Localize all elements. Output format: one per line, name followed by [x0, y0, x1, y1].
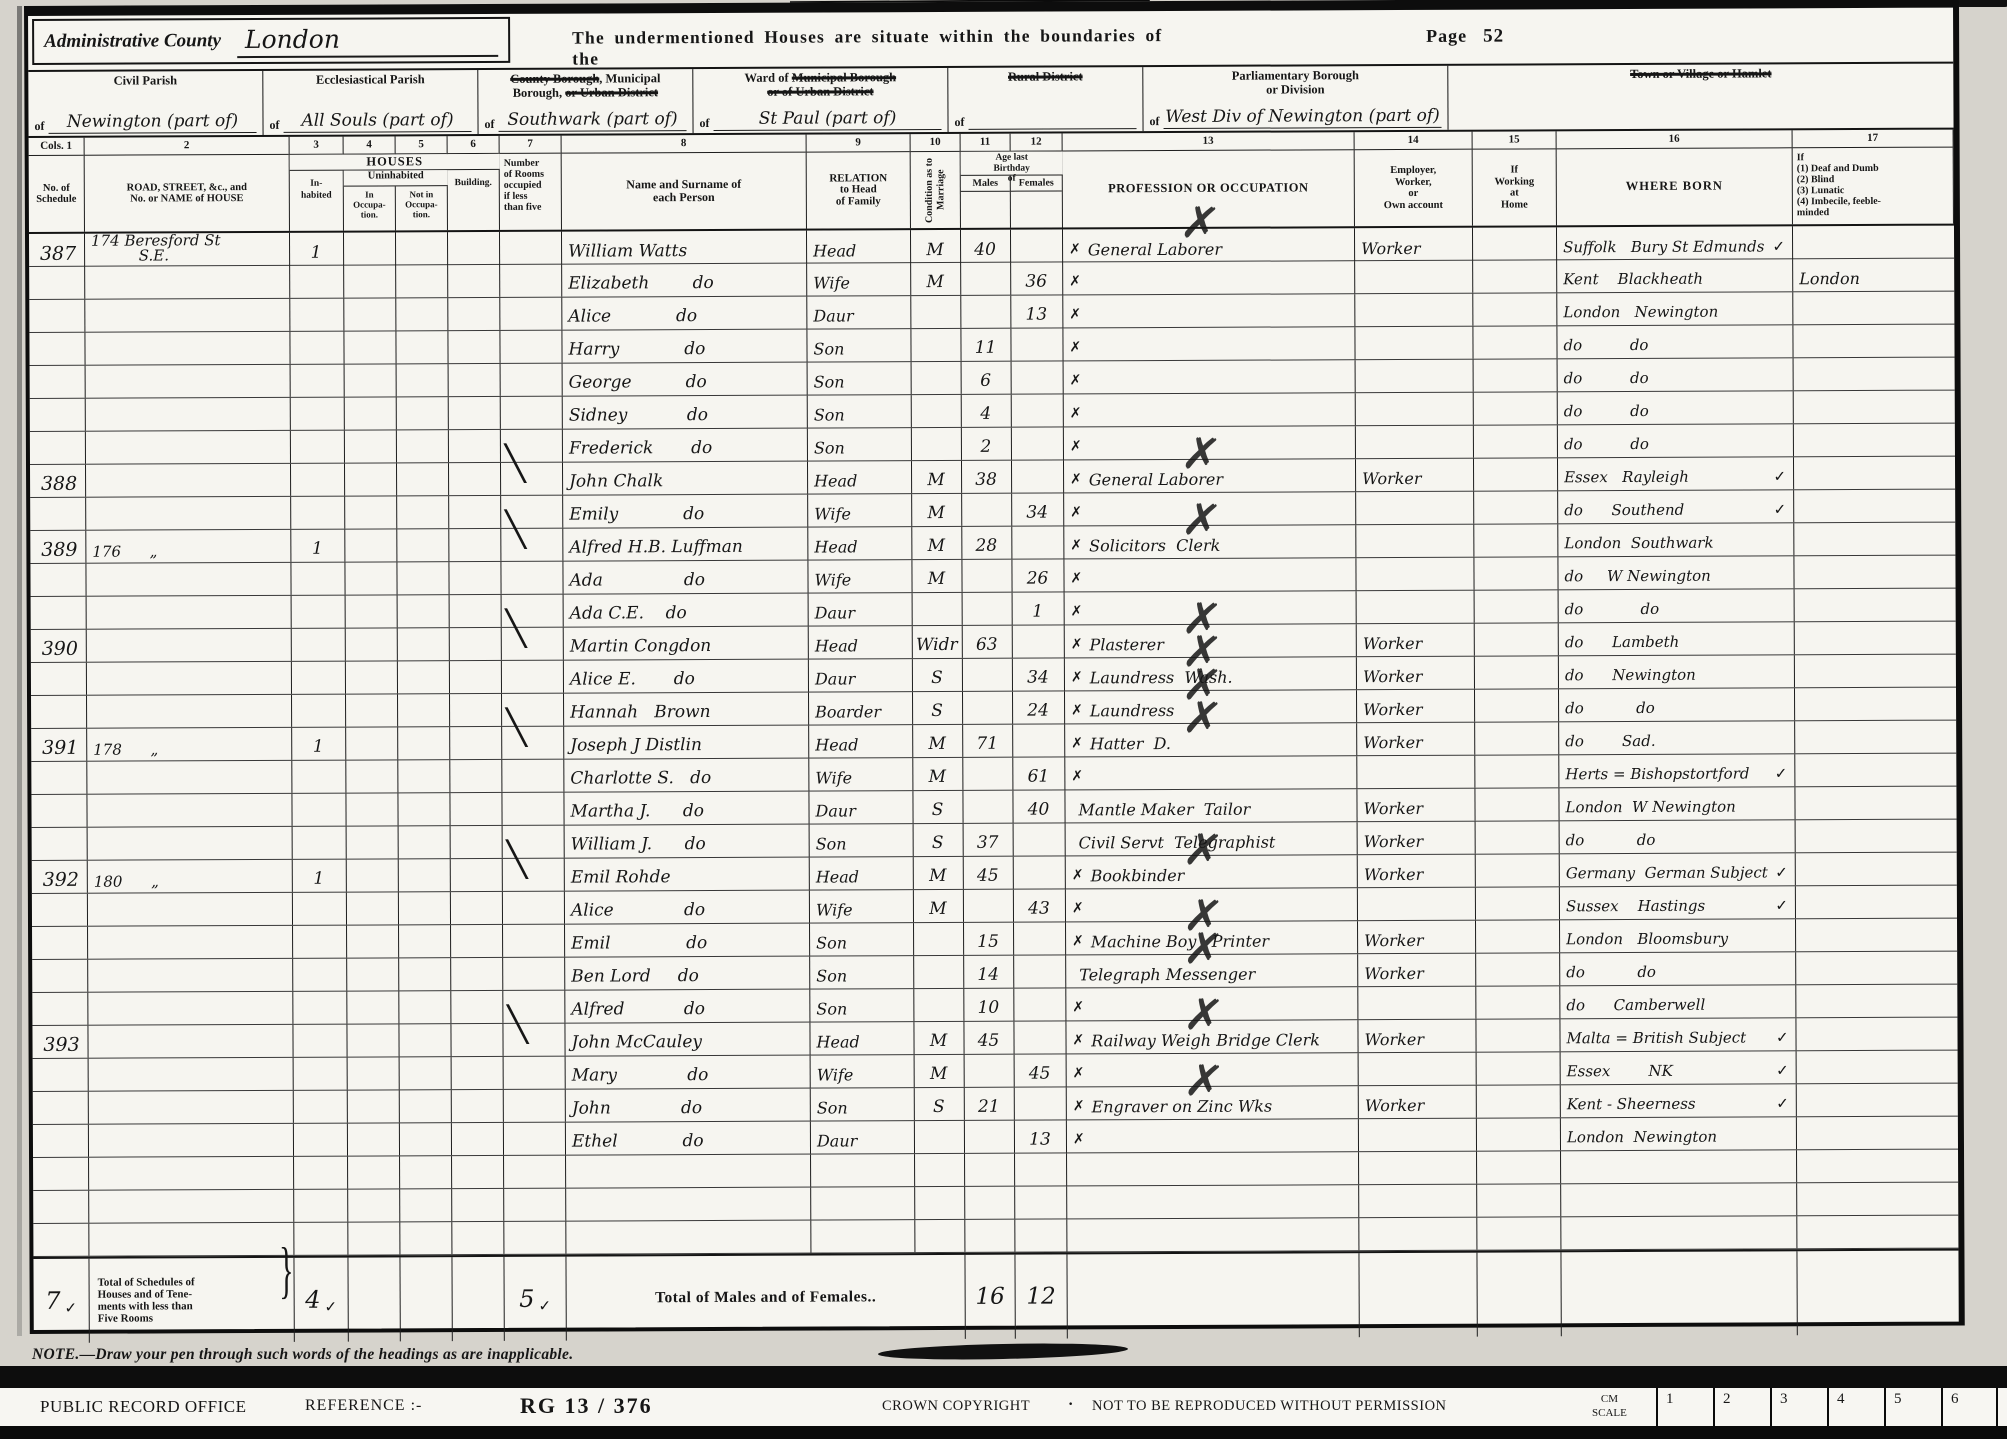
cell-uninhabited-in-occupation [345, 463, 397, 495]
cell-rooms [502, 760, 564, 792]
cell-infirmity [1796, 919, 1957, 952]
cell-where-born: Germany German Subject✓ [1560, 853, 1796, 886]
cell-uninhabited-not-occupation [397, 397, 449, 429]
cell-where-born: Essex Rayleigh✓ [1558, 457, 1794, 490]
cell-age-males: 21 [965, 1088, 1015, 1120]
cell-name: Ada C.E. do [564, 594, 809, 627]
cell-relation: Wife [807, 263, 911, 295]
pen-tick-mark: ✗ [1069, 240, 1081, 259]
cell-age-males: 40 [961, 230, 1011, 263]
cell-schedule-number [32, 828, 88, 860]
cell-name: Ada do [563, 561, 808, 594]
cell-inhabited [291, 497, 345, 529]
pen-check-mark: ✓ [1772, 237, 1789, 256]
cell-age-females: 13 [1015, 1120, 1067, 1152]
cell-working-at-home [1477, 1151, 1561, 1183]
cell-inhabited [292, 596, 346, 628]
pen-tick-mark: ✗ [1070, 536, 1082, 555]
parish-value [969, 127, 1137, 130]
cell-schedule-number [33, 1158, 89, 1190]
parish-value: Newington (part of) [48, 111, 256, 134]
cell-where-born: do Lambeth [1559, 622, 1795, 655]
cell-working-at-home [1475, 788, 1559, 820]
cell-age-males: 45 [964, 1022, 1014, 1054]
cell-schedule-number [32, 894, 88, 926]
cell-working-at-home [1473, 293, 1557, 325]
cell-infirmity [1793, 325, 1954, 358]
cell-age-females [1015, 1219, 1067, 1251]
cell-inhabited [291, 464, 345, 496]
cell-age-females [1014, 922, 1066, 954]
cell-infirmity [1796, 1018, 1957, 1051]
reference-label: REFERENCE :- [305, 1397, 422, 1415]
cell-inhabited [293, 893, 347, 925]
cell-age-females [1012, 361, 1064, 393]
cell-infirmity [1796, 886, 1957, 919]
cell-age-females [1011, 229, 1063, 262]
cell-rooms [502, 793, 564, 825]
cell-condition: M [914, 890, 964, 922]
cell-inhabited: 1 [291, 530, 345, 562]
cell-age-females [1014, 856, 1066, 888]
cell-inhabited [290, 332, 344, 364]
cell-condition: S [913, 659, 963, 691]
cell-inhabited [294, 1058, 348, 1090]
cell-uninhabited-not-occupation [398, 661, 450, 693]
cell-uninhabited-in-occupation [345, 430, 397, 462]
cell-infirmity [1794, 391, 1955, 424]
cell-relation: Son [807, 329, 911, 361]
cell-uninhabited-in-occupation [347, 925, 399, 957]
cell-uninhabited-in-occupation [344, 265, 396, 297]
cell-address: 178 „ [87, 728, 292, 761]
cell-where-born: do Southend✓ [1558, 490, 1794, 523]
total-empty-cell [1561, 1251, 1797, 1336]
header-label-segment: Ward of [745, 71, 792, 85]
cell-age-females [1012, 460, 1064, 492]
cell-working-at-home [1475, 689, 1559, 721]
cell-address [88, 893, 293, 926]
cell-uninhabited-not-occupation [400, 1123, 452, 1155]
cell-employer [1359, 1053, 1477, 1086]
cell-age-males [965, 1154, 1015, 1186]
situate-line: The undermentioned Houses are situate wi… [572, 25, 1192, 70]
pen-tick-mark: ✗ [1070, 371, 1082, 390]
cell-inhabited [293, 926, 347, 958]
pen-cross-mark: ✗ [1183, 937, 1224, 961]
cell-schedule-number [31, 597, 87, 629]
cell-occupation: ✗ [1063, 294, 1355, 327]
cell-occupation: ✗Solicitors Clerk✗ [1064, 525, 1356, 558]
cell-condition [912, 428, 962, 460]
cell-building [448, 265, 500, 297]
cell-where-born: do do [1557, 325, 1793, 358]
cell-name [566, 1155, 811, 1188]
cell-name: Emily do [563, 495, 808, 528]
cell-building [450, 694, 502, 726]
cell-age-males: 37 [964, 824, 1014, 856]
cell-rooms [500, 331, 562, 363]
cell-uninhabited-in-occupation [345, 364, 397, 396]
cell-address [88, 926, 293, 959]
houses-group-header: HOUSES [290, 154, 500, 171]
cell-condition: M [912, 494, 962, 526]
pen-tick-mark: ✗ [1070, 404, 1082, 423]
cell-employer [1355, 261, 1473, 294]
cell-schedule-number [30, 399, 86, 431]
cell-building [448, 298, 500, 330]
cell-rooms [504, 1189, 566, 1221]
cell-building [452, 1057, 504, 1089]
cell-address [88, 1025, 293, 1058]
total-schedules-value: 7✓ [33, 1259, 89, 1343]
cell-relation: Head [810, 857, 914, 889]
parish-value: St Paul (part of) [713, 108, 941, 131]
cell-schedule-number [29, 300, 85, 332]
enumerator-slash-mark: ╲ [505, 455, 526, 474]
cell-rooms [500, 265, 562, 297]
cell-occupation [1067, 1185, 1359, 1218]
cell-infirmity [1795, 589, 1956, 622]
of-label: of [1149, 114, 1159, 129]
cell-rooms [504, 1222, 566, 1254]
colhead-road: 2ROAD, STREET, &c., and No. or NAME of H… [85, 137, 290, 232]
pen-cross-mark: ✗ [1184, 1069, 1225, 1093]
pen-tick-mark: ✗ [1070, 437, 1082, 456]
cell-address [89, 1223, 294, 1256]
parish-value: All Souls (part of) [283, 110, 471, 133]
cell-schedule-number [33, 1191, 89, 1223]
cell-rooms [502, 661, 564, 693]
cell-where-born: London Newington [1557, 292, 1793, 325]
pen-tick-mark: ✗ [1071, 767, 1083, 786]
parish-label: Rural District [948, 70, 1142, 84]
cell-relation: Son [810, 824, 914, 856]
cell-employer: Worker [1358, 921, 1476, 954]
pen-tick-mark: ✗ [1069, 338, 1081, 357]
cell-relation: Son [811, 1088, 915, 1120]
cell-uninhabited-in-occupation [345, 496, 397, 528]
cell-schedule-number: 389 [30, 531, 86, 563]
cell-address [89, 1058, 294, 1091]
cell-employer [1356, 492, 1474, 525]
cell-uninhabited-not-occupation [399, 1024, 451, 1056]
cell-condition [912, 395, 962, 427]
header-label-segment: or Division [1266, 82, 1325, 96]
cell-employer [1355, 327, 1473, 360]
cell-where-born: do do [1558, 358, 1794, 391]
cell-uninhabited-in-occupation [344, 331, 396, 363]
total-males-value: 16 [965, 1255, 1015, 1339]
cell-name: William J. do [565, 825, 810, 858]
cell-working-at-home [1474, 359, 1558, 391]
cell-uninhabited-not-occupation [397, 529, 449, 561]
cell-schedule-number: 388 [30, 465, 86, 497]
colhead-infirmity: 17If (1) Deaf and Dumb (2) Blind (3) Lun… [1793, 130, 1954, 225]
cell-condition [911, 296, 961, 328]
pen-tick-mark: ✗ [1070, 503, 1082, 522]
cell-condition [914, 989, 964, 1021]
parish-cell-county-borough: County Borough, MunicipalBorough, or Urb… [478, 69, 693, 134]
cell-building [451, 958, 503, 990]
cell-infirmity [1797, 1150, 1958, 1183]
cell-uninhabited-in-occupation [348, 1090, 400, 1122]
of-label: of [269, 118, 279, 133]
cell-where-born: do do [1558, 424, 1794, 457]
cell-working-at-home [1474, 491, 1558, 523]
cell-inhabited [290, 266, 344, 298]
cell-working-at-home [1476, 953, 1560, 985]
cell-address [85, 266, 290, 299]
cell-inhabited [294, 1157, 348, 1189]
cell-building [449, 529, 501, 561]
cell-schedule-number [32, 993, 88, 1025]
cell-uninhabited-not-occupation [396, 331, 448, 363]
cell-employer [1359, 1119, 1477, 1152]
cell-infirmity [1794, 424, 1955, 457]
cell-address [85, 332, 290, 365]
cell-age-males [963, 692, 1013, 724]
ruler-cell: 1 [1656, 1388, 1713, 1426]
cell-inhabited [294, 1223, 348, 1255]
cell-inhabited [294, 1190, 348, 1222]
colhead-age-females: 12Females [1011, 133, 1063, 227]
cell-age-females [1014, 823, 1066, 855]
scan-blob-bottom [878, 1341, 1128, 1361]
cell-uninhabited-in-occupation [345, 529, 397, 561]
cell-working-at-home [1477, 1118, 1561, 1150]
reference-number: RG 13 / 376 [520, 1393, 653, 1419]
cell-inhabited: 1 [293, 860, 347, 892]
colhead-building: 6Building. [448, 136, 500, 230]
cell-occupation: ✗General Laborer✗ [1064, 459, 1356, 492]
cell-where-born [1561, 1183, 1797, 1216]
cell-uninhabited-not-occupation [397, 562, 449, 594]
ruler-cell: 6 [1941, 1388, 1998, 1426]
cell-address [88, 959, 293, 992]
cell-age-males: 28 [962, 527, 1012, 559]
cell-employer: Worker [1358, 855, 1476, 888]
cell-relation: Boarder [809, 692, 913, 724]
cell-uninhabited-in-occupation [346, 727, 398, 759]
cell-name: Mary do [566, 1056, 811, 1089]
cell-address: 176 „ [86, 530, 291, 563]
cell-inhabited [292, 695, 346, 727]
cell-rooms [504, 1057, 566, 1089]
cell-rooms [504, 1090, 566, 1122]
cell-uninhabited-not-occupation [396, 232, 448, 265]
cell-building [450, 727, 502, 759]
cell-relation [811, 1187, 915, 1219]
cell-employer: Worker [1357, 789, 1475, 822]
cell-relation: Son [808, 395, 912, 427]
cell-rooms [503, 958, 565, 990]
cell-name: Martha J. do [564, 792, 809, 825]
cell-schedule-number: 387 [29, 234, 85, 267]
cell-where-born: do W Newington [1558, 556, 1794, 589]
cell-age-males [965, 1121, 1015, 1153]
cell-rooms [501, 562, 563, 594]
cell-relation: Wife [809, 758, 913, 790]
cell-schedule-number [30, 432, 86, 464]
colhead-inhabited: 3In- habited [290, 137, 344, 231]
cell-name: Elizabeth do [562, 264, 807, 297]
cell-age-males: 14 [964, 956, 1014, 988]
header-label-segment: , Municipal [599, 71, 660, 85]
cell-employer: Worker [1357, 723, 1475, 756]
cell-inhabited [294, 1091, 348, 1123]
cell-occupation: ✗ [1064, 393, 1356, 426]
parish-cell-rural-district: Rural District of [948, 67, 1143, 132]
cell-uninhabited-in-occupation [348, 1222, 400, 1254]
parish-label: Town or Village or Hamlet [1448, 67, 1953, 83]
pen-cross-mark: ✗ [1181, 442, 1222, 466]
cell-uninhabited-in-occupation [346, 694, 398, 726]
cell-building [451, 892, 503, 924]
cell-building [448, 331, 500, 363]
cell-name: John do [566, 1089, 811, 1122]
pen-cross-mark: ✗ [1182, 706, 1223, 730]
cell-relation: Daur [809, 659, 913, 691]
cell-where-born [1561, 1216, 1797, 1249]
cell-relation: Head [807, 230, 911, 263]
cell-age-females [1013, 724, 1065, 756]
pen-cross-mark: ✗ [1181, 508, 1222, 532]
cell-schedule-number [30, 366, 86, 398]
total-males-females-label: Total of Males and of Females.. [566, 1255, 965, 1341]
enumerator-slash-mark: ╲ [507, 1016, 528, 1035]
cell-working-at-home [1474, 392, 1558, 424]
cell-working-at-home [1476, 986, 1560, 1018]
cell-working-at-home [1475, 755, 1559, 787]
public-record-office-label: PUBLIC RECORD OFFICE [40, 1397, 246, 1417]
cell-name: Emil Rohde [565, 858, 810, 891]
cell-age-males [965, 1187, 1015, 1219]
cell-age-females [1012, 427, 1064, 459]
cell-age-females [1014, 955, 1066, 987]
cell-uninhabited-not-occupation [397, 496, 449, 528]
cell-age-males [961, 296, 1011, 328]
pen-tick-mark: ✗ [1069, 305, 1081, 324]
cell-age-males [963, 659, 1013, 691]
cell-age-females [1014, 988, 1066, 1020]
cell-age-females: 26 [1012, 559, 1064, 591]
cell-name: Harry do [562, 330, 807, 363]
cell-uninhabited-in-occupation [347, 991, 399, 1023]
cell-uninhabited-in-occupation [345, 397, 397, 429]
cell-condition [914, 923, 964, 955]
cell-infirmity [1797, 1216, 1958, 1249]
cell-age-females [1014, 1021, 1066, 1053]
cell-age-males [962, 560, 1012, 592]
cell-infirmity: London [1793, 259, 1954, 292]
cell-inhabited [291, 365, 345, 397]
cell-condition: M [913, 758, 963, 790]
cell-condition: S [914, 824, 964, 856]
cell-uninhabited-not-occupation [399, 925, 451, 957]
census-sheet: Administrative County London The underme… [24, 0, 1965, 1334]
cell-uninhabited-in-occupation [346, 793, 398, 825]
cell-employer [1356, 558, 1474, 591]
cell-schedule-number [29, 267, 85, 299]
cell-infirmity [1795, 655, 1956, 688]
cell-inhabited [294, 1124, 348, 1156]
cell-condition: S [913, 692, 963, 724]
cell-age-females: 45 [1015, 1054, 1067, 1086]
cell-employer: Worker [1358, 954, 1476, 987]
brace-glyph: } [279, 1259, 294, 1284]
cell-uninhabited-in-occupation [347, 958, 399, 990]
cell-occupation: ✗General Laborer✗ [1063, 228, 1355, 262]
cell-relation: Wife [811, 1055, 915, 1087]
cell-age-males: 15 [964, 923, 1014, 955]
pen-check-mark: ✓ [1775, 896, 1792, 915]
cell-age-females [1013, 625, 1065, 657]
cell-inhabited: 1 [292, 728, 346, 760]
pen-check-mark: ✓ [1775, 863, 1792, 882]
cell-where-born: London Newington [1561, 1117, 1797, 1150]
colhead-rooms: 7Number of Rooms occupied if less than f… [500, 136, 562, 230]
cell-schedule-number [32, 960, 88, 992]
cell-relation: Son [810, 989, 914, 1021]
cell-building [451, 991, 503, 1023]
parish-cell-parliamentary: Parliamentary Boroughor Division ofWest … [1143, 66, 1448, 131]
cell-occupation: ✗Railway Weigh Bridge Clerk✗ [1066, 1020, 1358, 1053]
cell-age-females [1015, 1153, 1067, 1185]
enumerator-slash-mark: ╲ [507, 851, 528, 870]
of-label: of [699, 116, 709, 131]
cell-building [450, 628, 502, 660]
cell-address [89, 1124, 294, 1157]
cell-age-males: 45 [964, 857, 1014, 889]
cell-age-males [963, 758, 1013, 790]
administrative-county-label: Administrative County [44, 30, 221, 53]
cell-name: Charlotte S. do [564, 759, 809, 792]
cell-infirmity [1796, 952, 1957, 985]
parish-label: Ecclesiastical Parish [263, 73, 477, 87]
cell-where-born: do do [1560, 820, 1796, 853]
cell-working-at-home [1475, 656, 1559, 688]
cell-uninhabited-in-occupation [348, 1189, 400, 1221]
cell-address [87, 695, 292, 728]
cell-age-females: 40 [1013, 790, 1065, 822]
ruler-cell: 4 [1827, 1388, 1884, 1426]
cell-age-females [1012, 394, 1064, 426]
header-label-segment: or Urban District [565, 85, 658, 99]
header-label-segment: Parliamentary Borough [1232, 68, 1359, 83]
cell-name: George do [563, 363, 808, 396]
cell-uninhabited-not-occupation [398, 694, 450, 726]
cell-condition: Widr [913, 626, 963, 658]
colhead-name: 8Name and Surname of each Person [562, 135, 807, 230]
header-label-segment: Municipal Borough [792, 70, 896, 84]
cell-age-males: 71 [963, 725, 1013, 757]
cell-occupation: ✗ [1067, 1119, 1359, 1152]
administrative-county-value: London [237, 23, 498, 57]
cell-employer: Worker [1357, 657, 1475, 690]
cm-scale-label: CM SCALE [1592, 1392, 1627, 1420]
header-label-segment: or of Urban District [767, 84, 873, 98]
cell-where-born: do Newington [1559, 655, 1795, 688]
cell-condition: M [912, 527, 962, 559]
pen-tick-mark: ✗ [1070, 470, 1082, 489]
cell-employer [1356, 393, 1474, 426]
header-label-segment: Borough, [513, 85, 566, 99]
cell-employer: Worker [1356, 459, 1474, 492]
cell-age-females [1015, 1186, 1067, 1218]
cell-condition: M [911, 230, 961, 263]
cell-building [451, 925, 503, 957]
